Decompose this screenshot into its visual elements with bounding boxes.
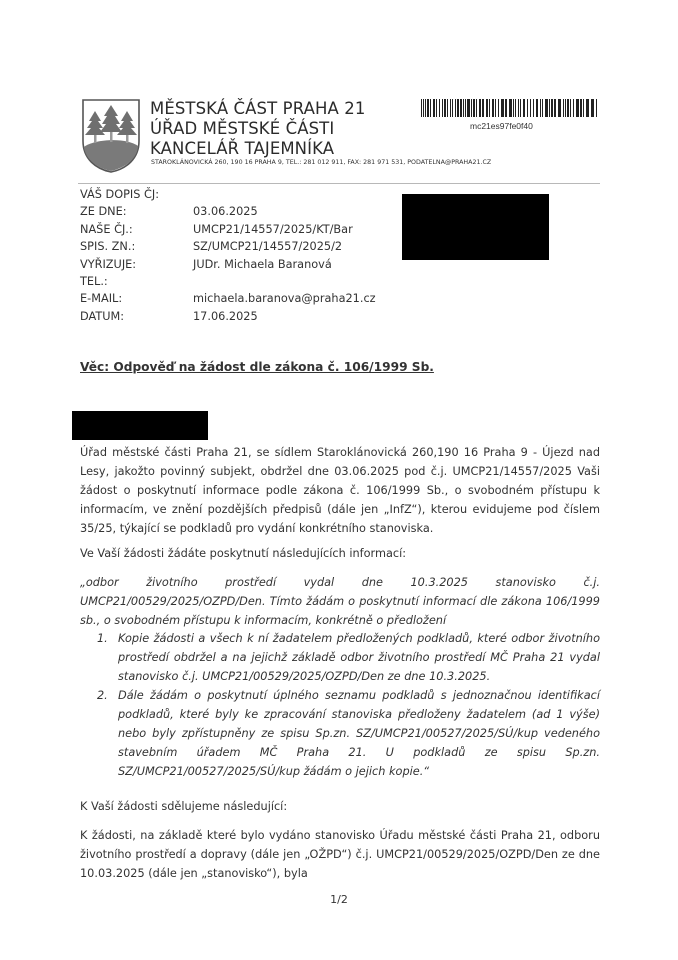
meta-label: VÁŠ DOPIS ČJ:	[80, 186, 159, 203]
department-name: KANCELÁŘ TAJEMNÍKA	[150, 139, 334, 159]
meta-label: ZE DNE:	[80, 203, 127, 220]
barcode	[421, 99, 599, 117]
page-number: 1/2	[0, 893, 678, 906]
list-item-text: Dále žádám o poskytnutí úplného seznamu …	[118, 689, 600, 778]
org-name: MĚSTSKÁ ČÁST PRAHA 21	[150, 99, 365, 119]
barcode-text: mc21es97fe0f40	[470, 121, 533, 131]
meta-value: UMCP21/14557/2025/KT/Bar	[193, 221, 353, 238]
quoted-request: „odbor životního prostředí vydal dne 10.…	[80, 573, 600, 630]
coat-of-arms-trees-icon	[80, 97, 142, 173]
meta-value: SZ/UMCP21/14557/2025/2	[193, 238, 342, 255]
meta-label: SPIS. ZN.:	[80, 238, 135, 255]
list-item: 2. Dále žádám o poskytnutí úplného sezna…	[97, 686, 600, 781]
list-item: 1. Kopie žádosti a všech k ní žadatelem …	[97, 629, 600, 686]
body-paragraph-response-intro: K Vaší žádosti sdělujeme následující:	[80, 797, 600, 816]
meta-value: 17.06.2025	[193, 308, 258, 325]
meta-label: DATUM:	[80, 308, 124, 325]
meta-value: 03.06.2025	[193, 203, 258, 220]
meta-label: VYŘIZUJE:	[80, 256, 136, 273]
list-item-number: 1.	[97, 629, 108, 648]
header-divider	[78, 183, 600, 184]
body-paragraph-request-intro: Ve Vaší žádosti žádáte poskytnutí násled…	[80, 544, 600, 563]
meta-value: JUDr. Michaela Baranová	[193, 256, 332, 273]
list-item-text: Kopie žádosti a všech k ní žadatelem pře…	[118, 632, 600, 683]
body-paragraph-intro: Úřad městské části Praha 21, se sídlem S…	[80, 443, 600, 538]
request-list: 1. Kopie žádosti a všech k ní žadatelem …	[97, 629, 600, 781]
subject-line: Věc: Odpověď na žádost dle zákona č. 106…	[80, 360, 434, 374]
list-item-number: 2.	[97, 686, 108, 705]
meta-label: E-MAIL:	[80, 290, 122, 307]
meta-label: NAŠE ČJ.:	[80, 221, 133, 238]
redacted-salutation	[72, 411, 208, 440]
redacted-recipient-address	[402, 194, 549, 260]
body-paragraph-response: K žádosti, na základě které bylo vydáno …	[80, 826, 600, 883]
address-line: STAROKLÁNOVICKÁ 260, 190 16 PRAHA 9, TEL…	[151, 159, 491, 166]
meta-value: michaela.baranova@praha21.cz	[193, 290, 376, 307]
office-name: ÚŘAD MĚSTSKÉ ČÁSTI	[150, 119, 334, 139]
meta-label: TEL.:	[80, 273, 108, 290]
